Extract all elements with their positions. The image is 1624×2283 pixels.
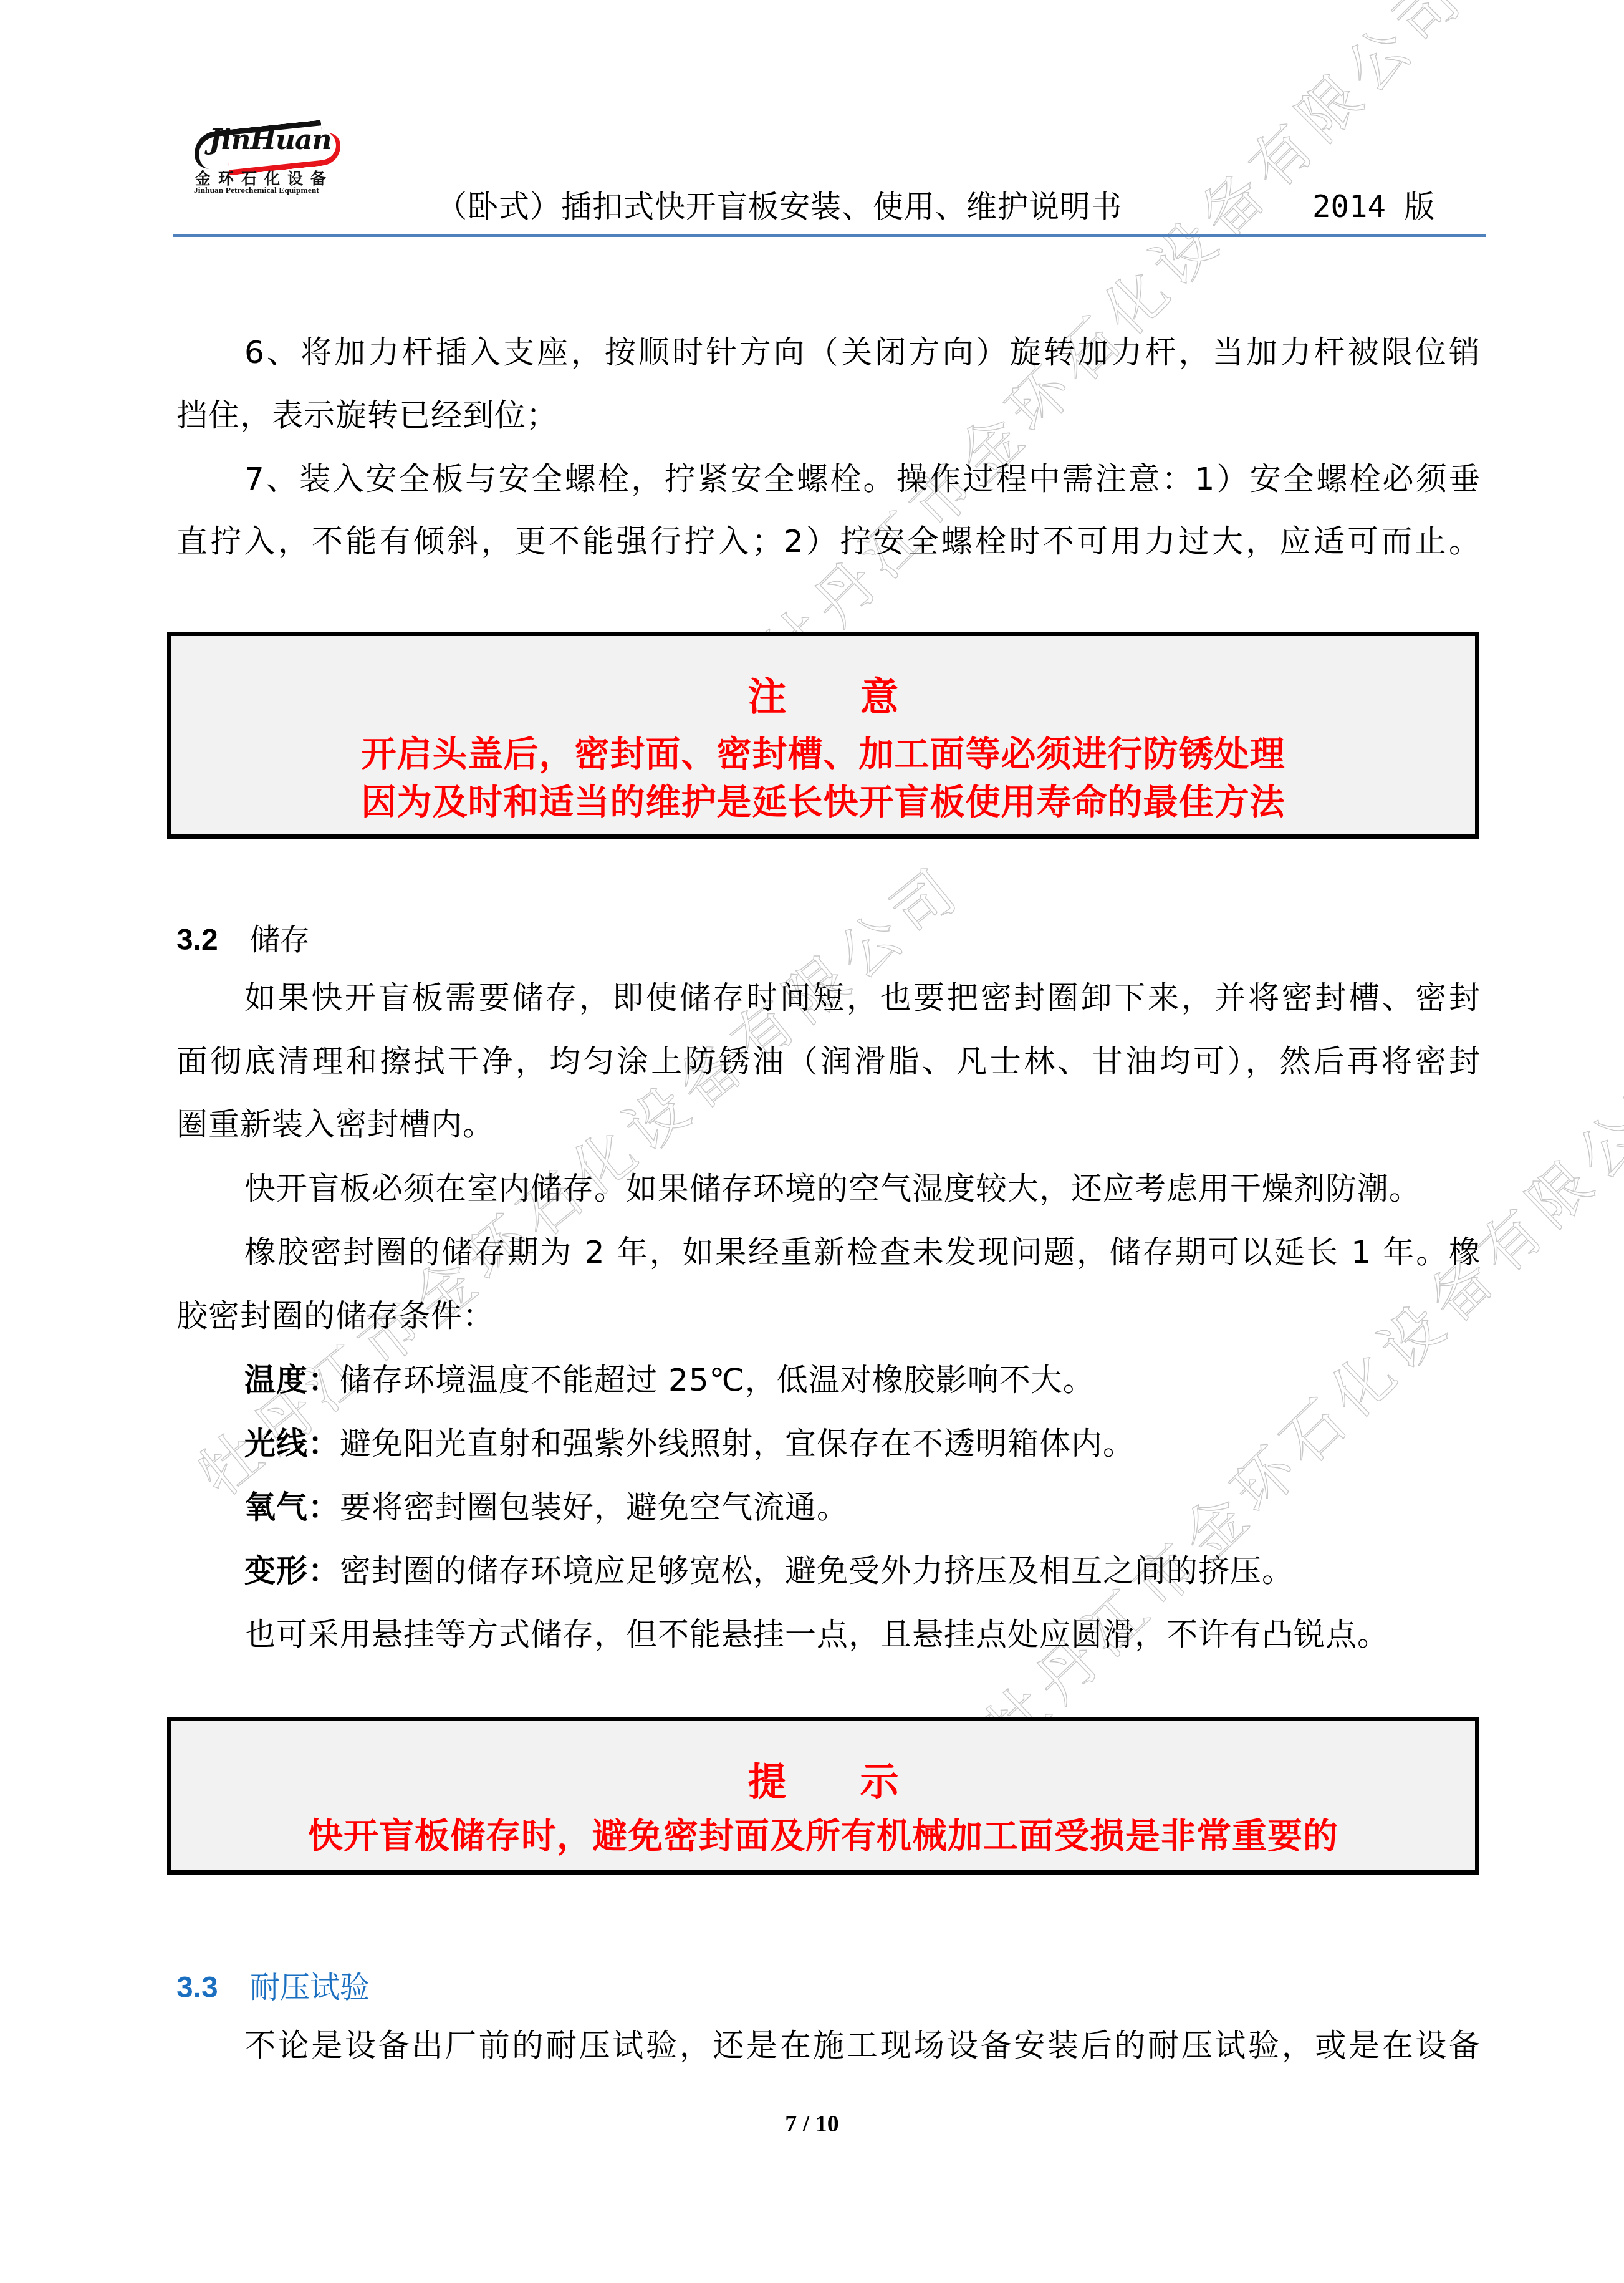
logo-script-text: JinHuan [209,124,332,156]
pressure-test-para-line-1: 不论是设备出厂前的耐压试验，还是在施工现场设备安装后的耐压试验，或是在设备 [244,2027,1481,2064]
tip-title-char-1: 提 [747,1759,786,1805]
condition-light: 光线：避免阳光直射和强紫外线照射，宜保存在不透明箱体内。 [244,1425,1135,1462]
condition-light-text: 避免阳光直射和强紫外线照射，宜保存在不透明箱体内。 [340,1426,1135,1462]
section-3-2-heading: 3.2储存 [176,915,310,958]
watermark-right: 牡丹江市金环石化设备有限公司 [963,1038,1624,1767]
company-logo: JinHuan 金环石化设备 Jinhuan Petrochemical Equ… [190,122,358,196]
document-title: （卧式）插扣式快开盲板安装、使用、维护说明书 [436,183,1122,226]
step-6-line-2: 挡住，表示旋转已经到位； [176,397,558,434]
section-3-3-heading: 3.3耐压试验 [176,1963,370,2006]
condition-oxygen: 氧气：要将密封圈包装好，避免空气流通。 [244,1489,848,1526]
logo-english-name: Jinhuan Petrochemical Equipment [194,185,319,195]
notice-title: 注意 [171,666,1475,722]
storage-para-1-line-3: 圈重新装入密封槽内。 [176,1106,494,1143]
logo-script-mark: JinHuan [190,122,358,165]
condition-temperature-text: 储存环境温度不能超过 25℃，低温对橡胶影响不大。 [340,1362,1095,1398]
header-divider [173,234,1486,237]
storage-para-3-line-2: 胶密封圈的储存条件： [176,1297,494,1335]
condition-deformation: 变形：密封圈的储存环境应足够宽松，避免受外力挤压及相互之间的挤压。 [244,1552,1294,1590]
document-version: 2014 版 [1312,183,1435,226]
page-number: 7 / 10 [0,2110,1624,2138]
section-3-2-number: 3.2 [176,923,250,957]
section-3-2-title: 储存 [250,922,310,957]
step-7-line-1: 7、装入安全板与安全螺栓，拧紧安全螺栓。操作过程中需注意：1）安全螺栓必须垂 [244,460,1481,498]
condition-oxygen-text: 要将密封圈包装好，避免空气流通。 [340,1489,848,1525]
notice-line-1: 开启头盖后，密封面、密封槽、加工面等必须进行防锈处理 [171,726,1475,776]
notice-line-2: 因为及时和适当的维护是延长快开盲板使用寿命的最佳方法 [171,775,1475,824]
condition-deformation-label: 变形： [244,1553,340,1589]
condition-temperature: 温度：储存环境温度不能超过 25℃，低温对橡胶影响不大。 [244,1361,1095,1399]
section-3-3-title: 耐压试验 [250,1970,370,2005]
tip-line-1: 快开盲板储存时，避免密封面及所有机械加工面受损是非常重要的 [171,1808,1475,1858]
step-7-line-2: 直拧入，不能有倾斜，更不能强行拧入；2）拧安全螺栓时不可用力过大，应适可而止。 [176,523,1481,560]
storage-closing: 也可采用悬挂等方式储存，但不能悬挂一点，且悬挂点处应圆滑，不许有凸锐点。 [244,1616,1389,1653]
notice-box: 注意 开启头盖后，密封面、密封槽、加工面等必须进行防锈处理 因为及时和适当的维护… [167,632,1479,839]
storage-para-2: 快开盲板必须在室内储存。如果储存环境的空气湿度较大，还应考虑用干燥剂防潮。 [244,1170,1421,1207]
tip-title-char-2: 示 [860,1759,899,1805]
tip-title: 提示 [171,1751,1475,1807]
notice-title-char-1: 注 [747,674,786,720]
condition-oxygen-label: 氧气： [244,1489,340,1525]
notice-title-char-2: 意 [860,674,899,720]
tip-box: 提示 快开盲板储存时，避免密封面及所有机械加工面受损是非常重要的 [167,1717,1479,1875]
condition-deformation-text: 密封圈的储存环境应足够宽松，避免受外力挤压及相互之间的挤压。 [340,1553,1294,1589]
storage-para-1-line-2: 面彻底清理和擦拭干净，均匀涂上防锈油（润滑脂、凡士林、甘油均可），然后再将密封 [176,1043,1481,1080]
section-3-3-number: 3.3 [176,1971,250,2005]
storage-para-1-line-1: 如果快开盲板需要储存，即使储存时间短，也要把密封圈卸下来，并将密封槽、密封 [244,979,1481,1016]
step-6-line-1: 6、将加力杆插入支座，按顺时针方向（关闭方向）旋转加力杆，当加力杆被限位销 [244,334,1481,371]
condition-temperature-label: 温度： [244,1362,340,1398]
condition-light-label: 光线： [244,1426,340,1462]
storage-para-3-line-1: 橡胶密封圈的储存期为 2 年，如果经重新检查未发现问题，储存期可以延长 1 年。… [244,1233,1481,1271]
